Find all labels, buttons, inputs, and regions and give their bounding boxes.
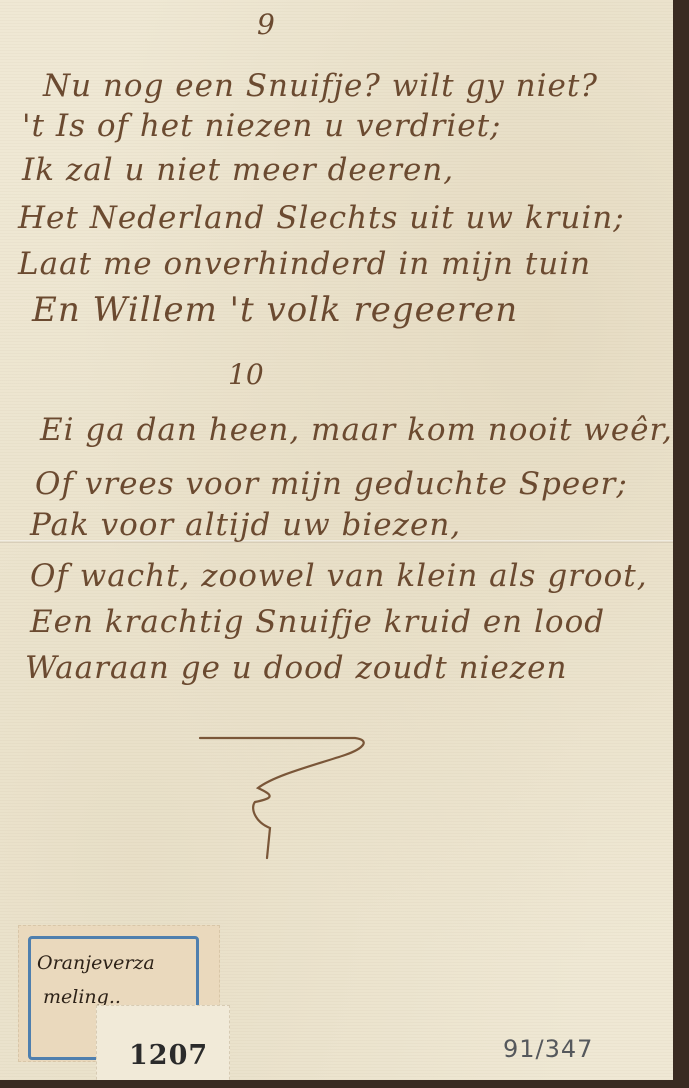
inventory-number-label: 1207 [96,1005,230,1088]
stanza-number: 10 [228,358,264,391]
label-handwriting: Oranjeverza [37,952,155,974]
verse-line: Nu nog een Snuifje? wilt gy niet? [43,68,598,104]
verse-line: Het Nederland Slechts uit uw kruin; [18,200,625,236]
verse-line: Of wacht, zoowel van klein als groot, [30,558,648,594]
verse-line: Een krachtig Snuifje kruid en lood [30,604,605,640]
verse-line: Waaraan ge u dood zoudt niezen [25,650,567,686]
verse-line: En Willem 't volk regeeren [32,290,518,330]
verse-line: 't Is of het niezen u verdriet; [22,108,502,144]
stanza-number: 9 [257,8,275,41]
verse-line: Of vrees voor mijn geduchte Speer; [35,466,628,502]
verse-line: Laat me onverhinderd in mijn tuin [18,246,591,282]
inventory-number: 1207 [129,1040,208,1071]
manuscript-page: 9 Nu nog een Snuifje? wilt gy niet? 't I… [0,0,673,1080]
verse-line: Ei ga dan heen, maar kom nooit weêr, [40,412,673,448]
scan-border [0,1080,689,1088]
verse-line: Pak voor altijd uw biezen, [30,507,461,543]
paraph-flourish-icon [195,730,395,870]
pencil-annotation: 91/347 [503,1035,593,1063]
verse-line: Ik zal u niet meer deeren, [22,152,454,188]
